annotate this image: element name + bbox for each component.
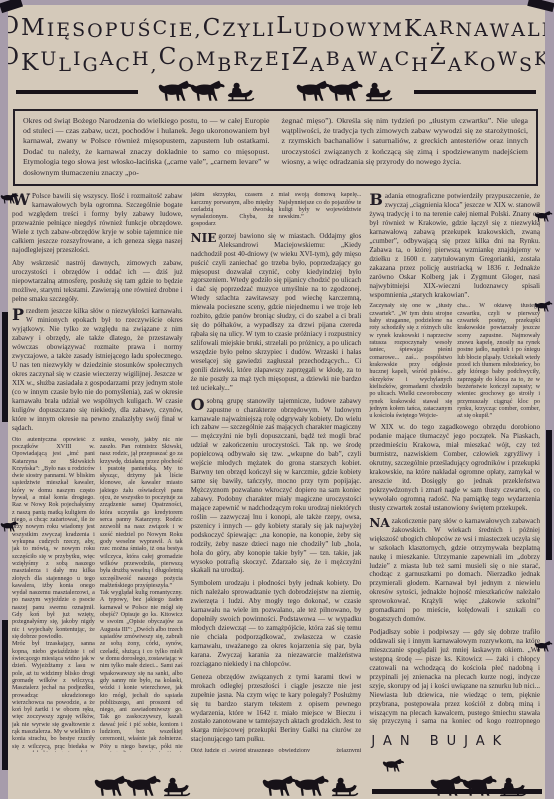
horse-sleigh-icon	[414, 775, 544, 799]
column-2: jakim skrzypku, czasem z karczmy porwany…	[191, 192, 362, 752]
col2-quote-right: obwiedziony żelaznymi łańcuchami przywle…	[279, 748, 362, 752]
col1-quote-right: sunku, wesoły, jakby nic nie zaszło. Pan…	[100, 437, 183, 753]
divider-rule	[414, 90, 536, 94]
col3-quote-subcolumns: Zaczynały się one w „tłusty czwartek”. „…	[369, 303, 540, 420]
col2-paragraph-1: NIEgorzej bawiono się w miastach. Oddajm…	[191, 232, 362, 393]
dropcap-o: O	[191, 397, 207, 411]
intro-box: Okres od świąt Bożego Narodzenia do wiel…	[13, 109, 538, 187]
top-margin-strip	[0, 0, 554, 5]
bottom-rule	[372, 789, 542, 794]
horse-icon	[0, 192, 20, 205]
page-title-line-2: O KULIGACH, COMBRZE I ZABAWACH ŻAKOWSKIC…	[0, 44, 554, 75]
column-3: Badania etnograficzne potwierdziły przyp…	[369, 192, 540, 752]
col3-quote-left: Zaczynały się one w „tłusty czwartek”. „…	[369, 303, 452, 420]
col2-quote-top-left: jakim skrzypku, czasem z karczmy porwany…	[191, 192, 274, 229]
horse-icon	[534, 210, 554, 223]
page-title-line-1: O MIĘSOPUŚCIE, CZYLI LUDOWYM KARNAWALE,	[0, 13, 554, 44]
col1-paragraph-1: WPolsce bawili się wszyscy. Ilość i rozm…	[12, 192, 183, 255]
col3-paragraph-4: Podjadłszy sobie i podpiwszy — gdy się d…	[369, 628, 540, 726]
magazine-page: O MIĘSOPUŚCIE, CZYLI LUDOWYM KARNAWALE, …	[0, 0, 554, 799]
intro-paragraph-left: Okres od świąt Bożego Narodzenia do wiel…	[23, 116, 270, 179]
col2-quote-top-right: miał swoją domową kapelę... Najsłynniejs…	[279, 192, 362, 229]
col2-paragraph-3: Symbolem urodzaju i płodności były jedna…	[191, 579, 362, 668]
horse-sleigh-icon	[78, 775, 208, 799]
horse-icon	[534, 640, 554, 653]
horse-icon	[0, 520, 20, 533]
horse-icon	[534, 300, 554, 313]
left-margin-bar	[2, 620, 8, 770]
column-1: WPolsce bawili się wszyscy. Ilość i rozm…	[12, 192, 183, 752]
col2-quote-subcolumns: Otóż ludzie ci „wśród strasznego krzyku …	[191, 748, 362, 752]
col3-paragraph-3: NAzakończenie parę słów o karnawałowych …	[369, 517, 540, 624]
col1-paragraph-2: Aby wskrzesić nastrój dawnych, zimowych …	[12, 259, 183, 304]
right-margin-strip	[545, 0, 554, 799]
col2-quote-left: Otóż ludzie ci „wśród strasznego krzyku …	[191, 748, 274, 752]
left-margin-bar	[2, 312, 8, 422]
col2-paragraph-2: Osobną grupę stanowiły tajemnicze, ludow…	[191, 397, 362, 576]
intro-paragraph-right: żegnać mięso”). Określa się nim tydzień …	[282, 116, 529, 179]
article-body: WPolsce bawili się wszyscy. Ilość i rozm…	[12, 192, 540, 752]
col1-quote-left: Oto autentyczna opowieść z początków XVI…	[12, 437, 95, 753]
horse-sleigh-icon	[142, 80, 272, 104]
col3-paragraph-1: Badania etnograficzne potwierdziły przyp…	[369, 192, 540, 299]
horse-sleigh-icon	[280, 80, 410, 104]
dropcap-nie: NIE	[191, 232, 219, 244]
author-signature: JAN BUJAK	[371, 734, 540, 750]
col2-quote-top-subcolumns: jakim skrzypku, czasem z karczmy porwany…	[191, 192, 362, 229]
col2-paragraph-4: Geneza obrzędów związanych z tymi karami…	[191, 673, 362, 745]
article-header: O MIĘSOPUŚCIE, CZYLI LUDOWYM KARNAWALE, …	[0, 0, 554, 76]
col3-quote-right: cha... W oktawę tłustego czwartku, czyli…	[457, 303, 540, 420]
dropcap-na: NA	[369, 517, 391, 529]
dropcap-b: B	[369, 192, 385, 206]
horse-sleigh-icon	[246, 775, 376, 799]
sleigh-divider	[16, 79, 536, 105]
dropcap-p: P	[12, 307, 26, 321]
sleigh-bottom-band	[78, 773, 544, 799]
divider-rule	[16, 90, 138, 94]
col3-paragraph-2: W XIX w. do tego zagadkowego obrzędu dor…	[369, 423, 540, 512]
horse-icon	[382, 758, 406, 773]
col1-quote-subcolumns: Oto autentyczna opowieść z początków XVI…	[12, 437, 183, 753]
col1-paragraph-3: Przedtem jeszcze kilka słów o niezwykłoś…	[12, 307, 183, 432]
right-margin-bar	[546, 430, 552, 560]
